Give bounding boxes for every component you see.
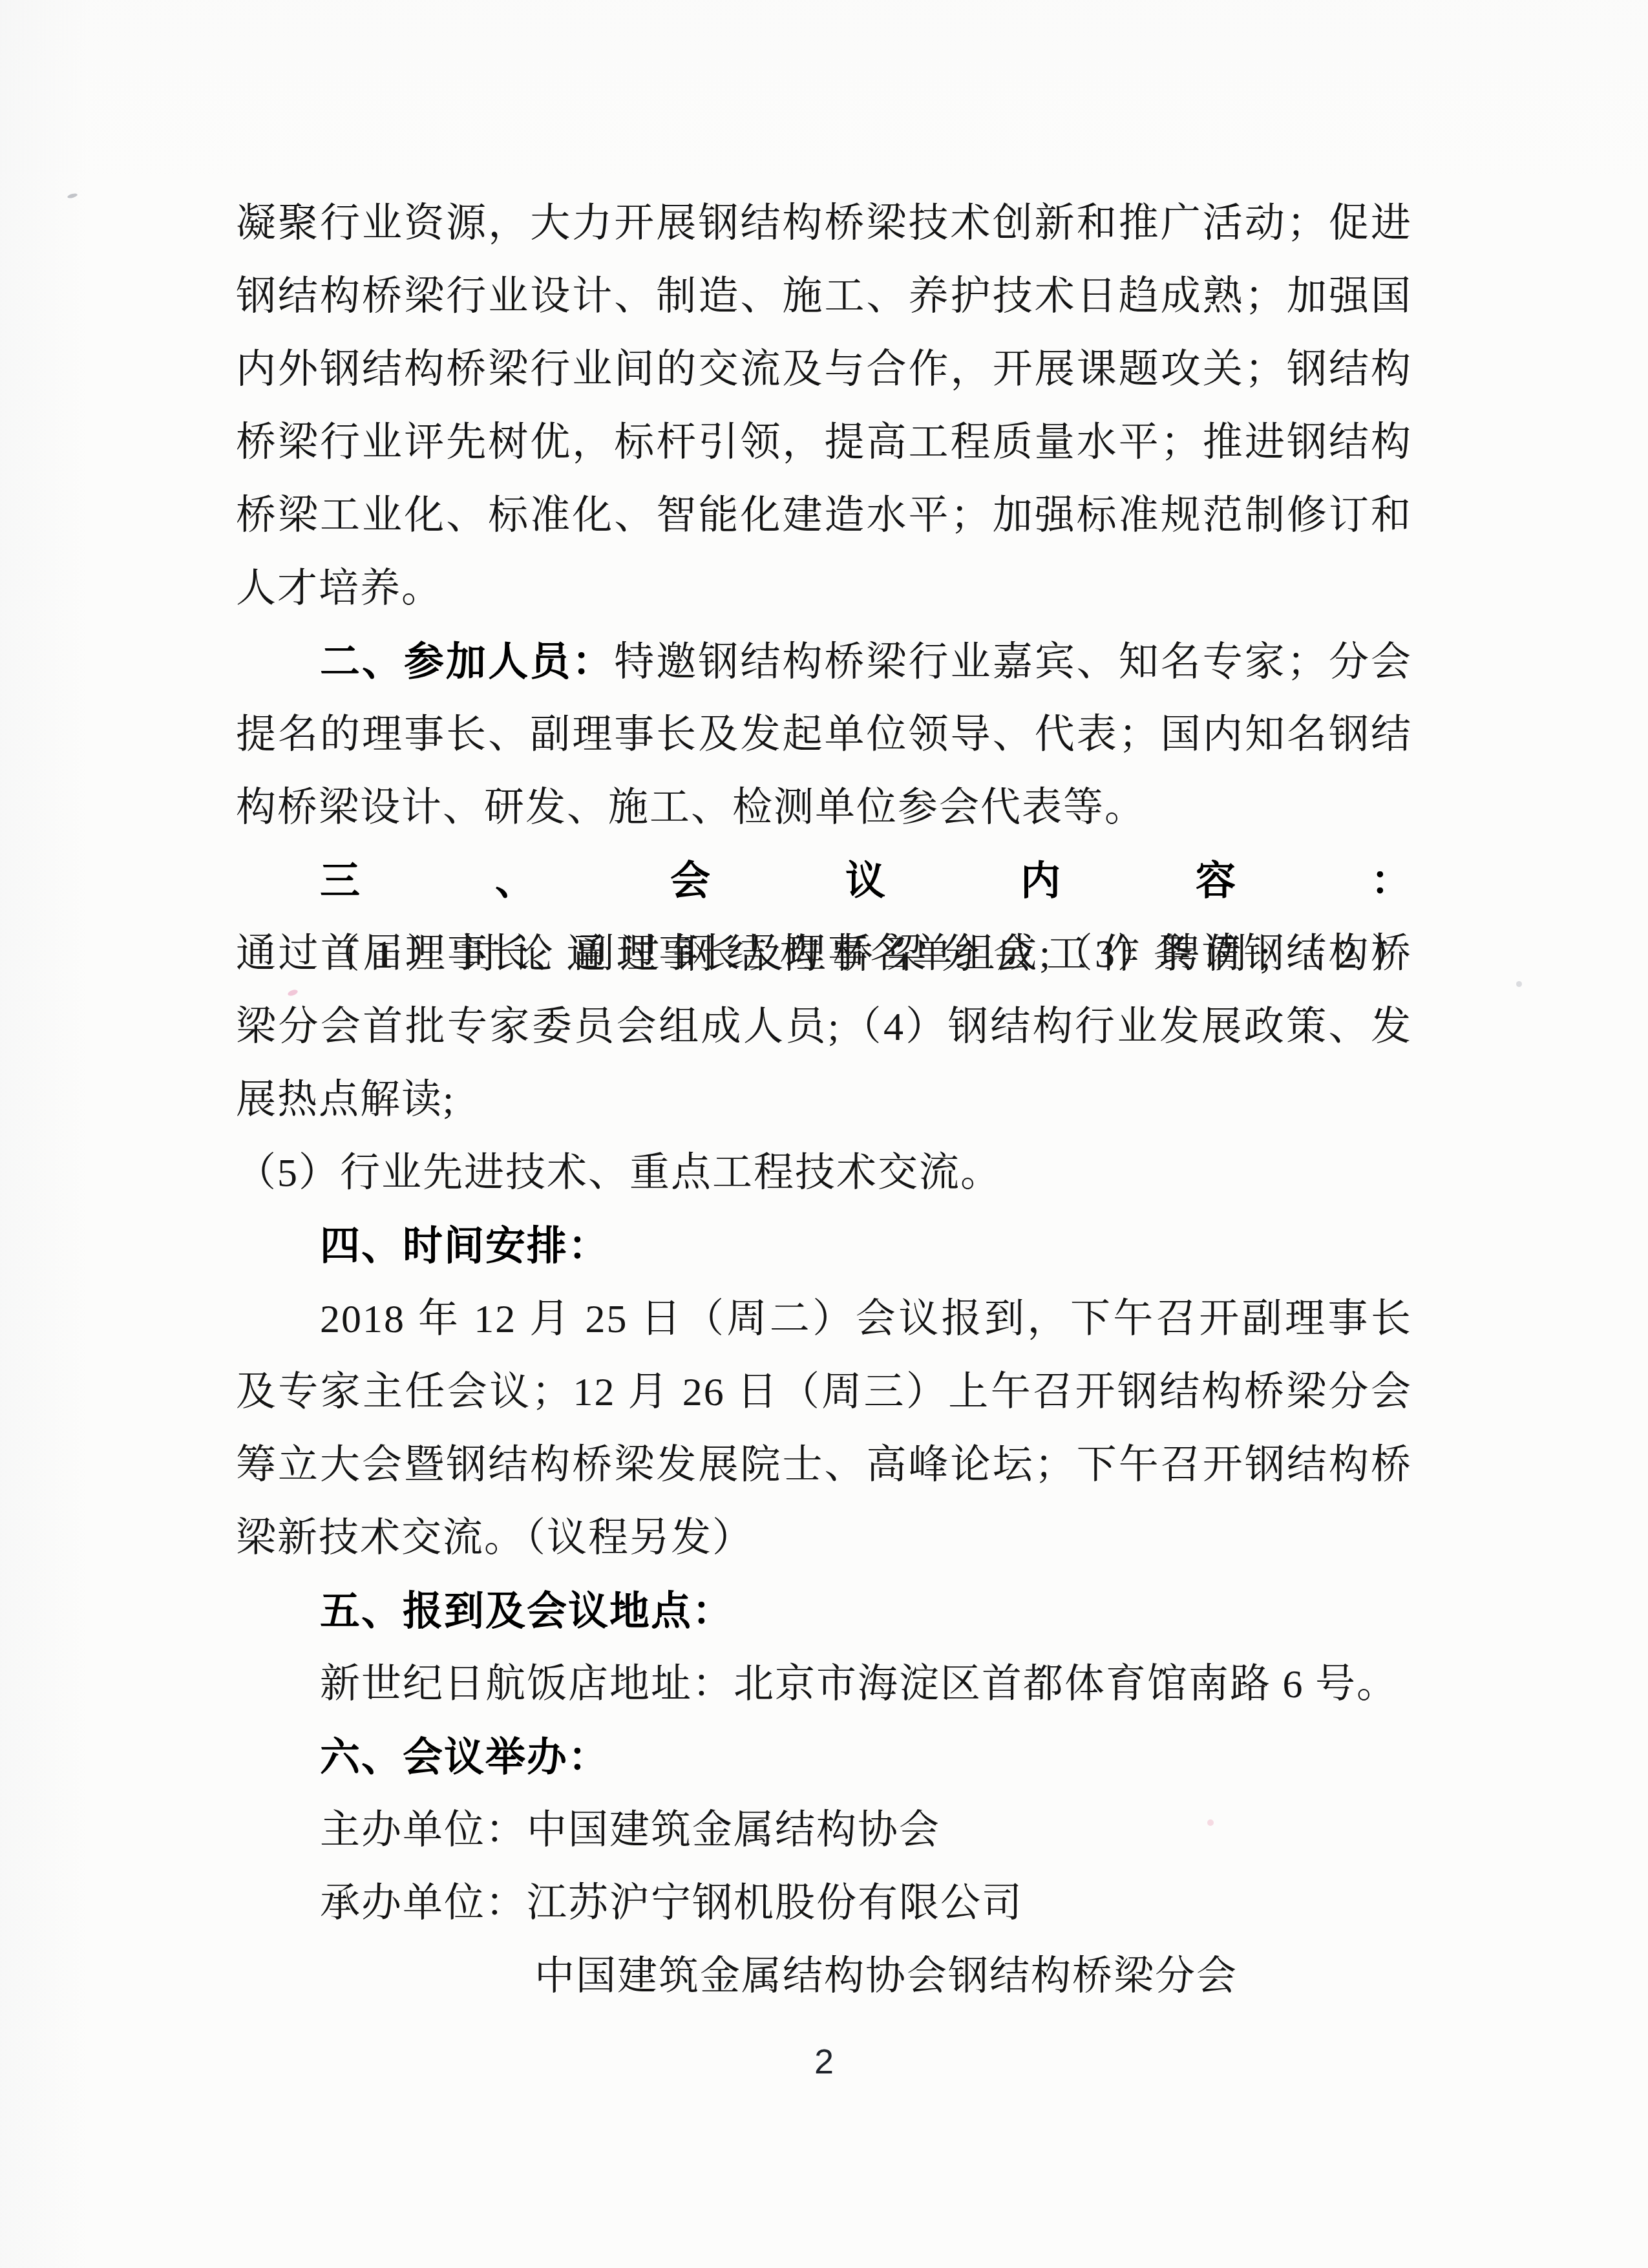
section-4-heading: 四、时间安排： [320,1224,609,1269]
body-line: 四、时间安排： [236,1210,1412,1283]
body-line: 五、报到及会议地点： [236,1575,1412,1648]
section-2-heading: 二、参加人员： [320,640,614,684]
body-line: 二、参加人员：特邀钢结构桥梁行业嘉宾、知名专家；分会 [236,626,1412,699]
body-line: 六、会议举办： [236,1721,1412,1794]
section-3-heading: 三、会议内容： [320,859,1412,904]
body-line: 新世纪日航饭店地址：北京市海淀区首都体育馆南路 6 号。 [236,1648,1412,1721]
body-line: 构桥梁设计、研发、施工、检测单位参会代表等。 [236,772,1412,845]
body-line: 梁分会首批专家委员会组成人员;（4）钢结构行业发展政策、发 [236,991,1412,1064]
body-text: 特邀钢结构桥梁行业嘉宾、知名专家；分会 [614,641,1412,684]
section-5-heading: 五、报到及会议地点： [320,1589,734,1634]
body-line: 桥梁工业化、标准化、智能化建造水平；加强标准规范制修订和 [236,480,1412,553]
organizer-line: 主办单位：中国建筑金属结构协会 [236,1794,1412,1867]
body-line: 人才培养。 [236,553,1412,626]
scan-speck [1516,981,1522,987]
organizer-line: 承办单位：江苏沪宁钢机股份有限公司 [236,1867,1412,1940]
body-line: 筹立大会暨钢结构桥梁发展院士、高峰论坛；下午召开钢结构桥 [236,1429,1412,1502]
page-number: 2 [236,2041,1412,2083]
body-line: 展热点解读; [236,1064,1412,1137]
body-line: 三、会议内容：（1）讨论通过钢结构桥梁分会工作条例;（2） [236,845,1412,918]
body-line: 通过首届理事长、副理事长及理事名单组成;（3）聘请钢结构桥 [236,918,1412,991]
document-body: 凝聚行业资源，大力开展钢结构桥梁技术创新和推广活动；促进 钢结构桥梁行业设计、制… [236,187,1412,2013]
body-line: 梁新技术交流。（议程另发） [236,1502,1412,1575]
organizer-line: 中国建筑金属结构协会钢结构桥梁分会 [236,1940,1412,2013]
section-6-heading: 六、会议举办： [320,1735,609,1780]
scanned-document-page: 凝聚行业资源，大力开展钢结构桥梁技术创新和推广活动；促进 钢结构桥梁行业设计、制… [0,0,1648,2268]
scan-speck [67,193,78,199]
body-line: 钢结构桥梁行业设计、制造、施工、养护技术日趋成熟；加强国 [236,260,1412,334]
body-line: 桥梁行业评先树优，标杆引领，提高工程质量水平；推进钢结构 [236,407,1412,480]
body-line: 凝聚行业资源，大力开展钢结构桥梁技术创新和推广活动；促进 [236,187,1412,260]
body-line: 内外钢结构桥梁行业间的交流及与合作，开展课题攻关；钢结构 [236,334,1412,407]
body-line: 提名的理事长、副理事长及发起单位领导、代表；国内知名钢结 [236,699,1412,772]
body-line: 及专家主任会议；12 月 26 日（周三）上午召开钢结构桥梁分会 [236,1356,1412,1429]
body-line: 2018 年 12 月 25 日（周二）会议报到，下午召开副理事长 [236,1283,1412,1356]
body-line: （5）行业先进技术、重点工程技术交流。 [236,1137,1412,1210]
